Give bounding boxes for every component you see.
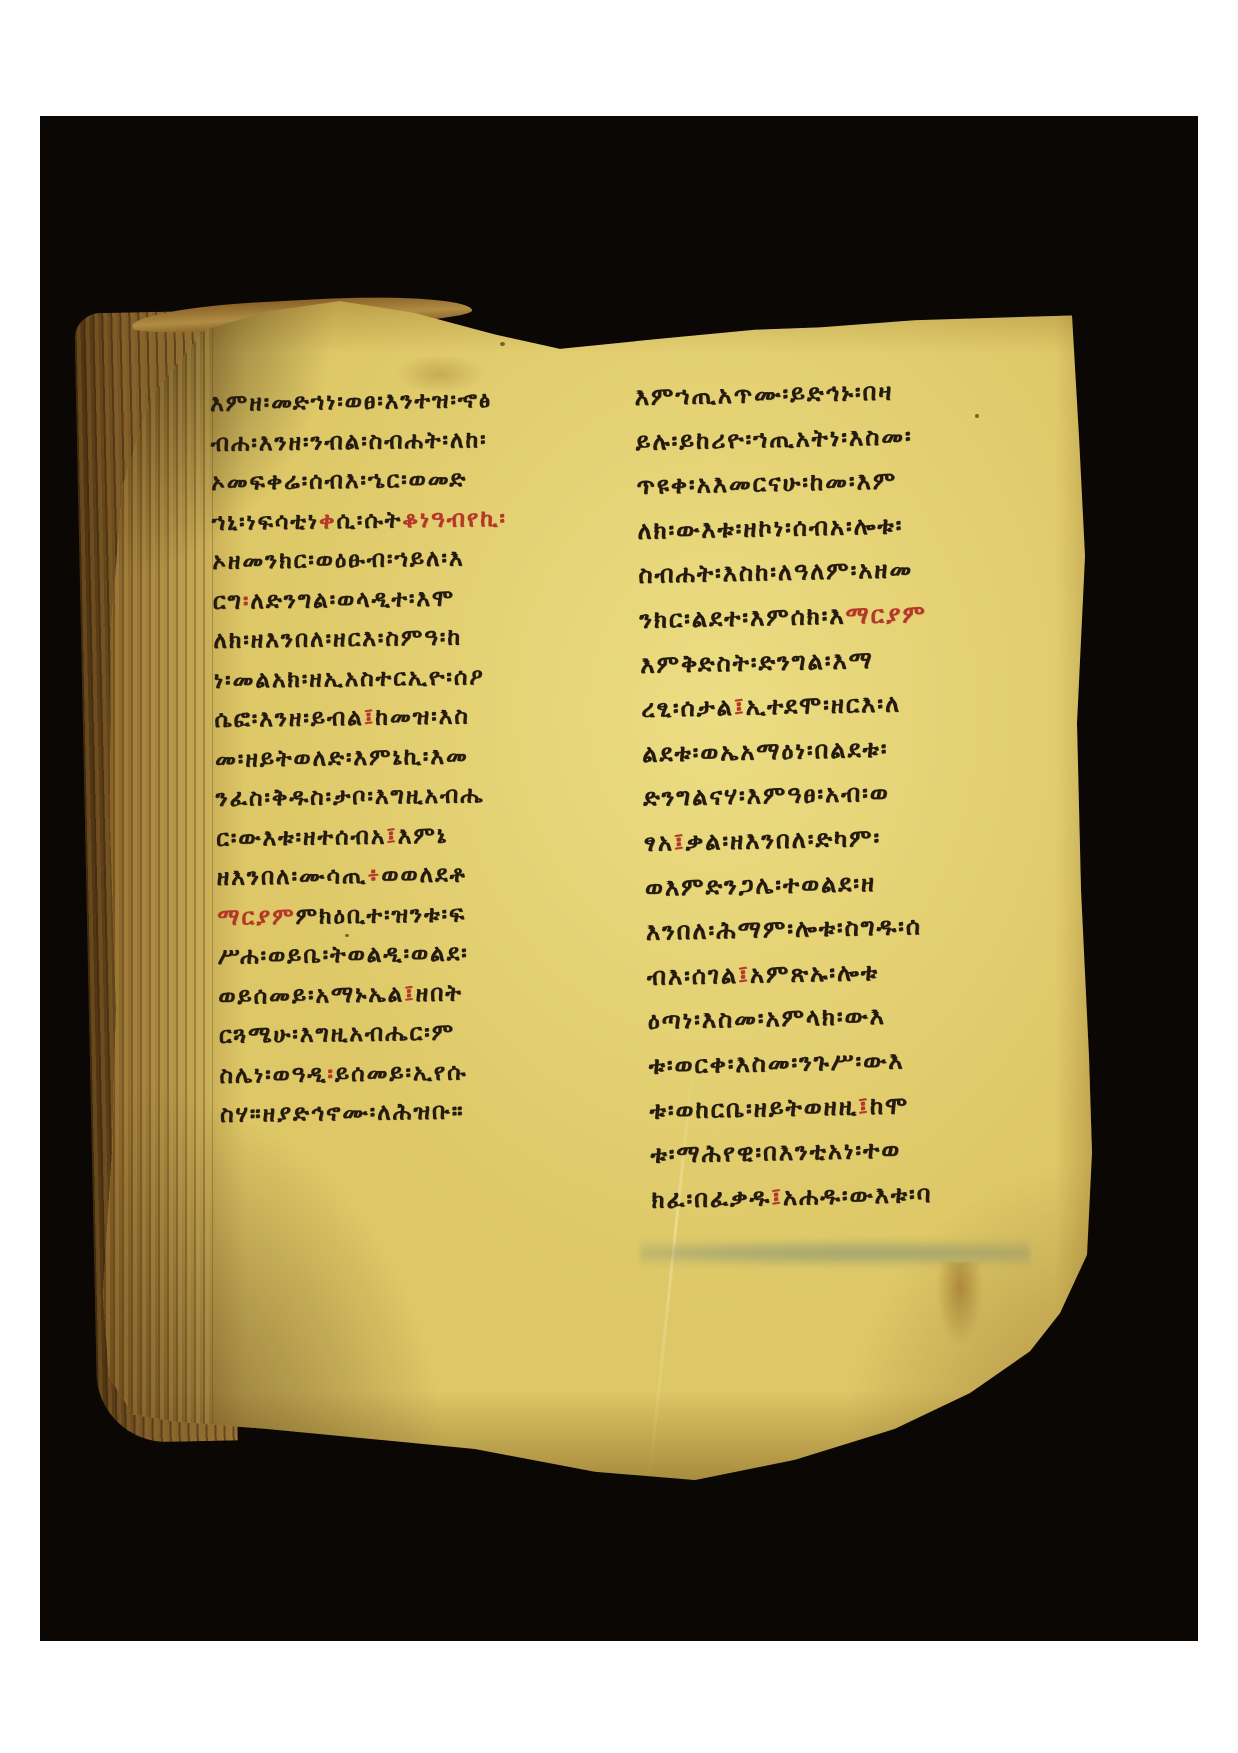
text-line: ሴፎ፡እንዘ፡ይብል፤ከመዝ፡እስ <box>214 695 625 740</box>
ink-text-segment: ስሌነ፡ወዓዲ <box>219 1061 327 1089</box>
ink-text-segment: ጥዩቀ፡አእመርናሁ፡ከመ፡እም <box>636 467 897 500</box>
ink-text-segment: ረፂ፡ሰታል <box>641 693 734 723</box>
ink-text-segment: ኢተደሞ፡ዘርእ፡ለ <box>745 690 901 721</box>
ink-text-segment: አምጽኡ፡ሎቱ <box>750 958 880 989</box>
ink-text-segment: ወይሰመይ፡አማኑኤል <box>218 981 404 1010</box>
scan-surround: እምዘ፡መድኀነ፡ወፀ፡እንተዝ፡ኆፅብሐ፡እንዘ፡ንብል፡ስብሐት፡ለከ፡ኦመ… <box>0 0 1238 1753</box>
ink-text-segment: እምኔ <box>397 822 448 849</box>
ink-text-segment: ወወለደቶ <box>381 861 467 888</box>
ink-text-segment: ፃአ <box>644 828 674 857</box>
text-line: እምዘ፡መድኀነ፡ወፀ፡እንተዝ፡ኆፅ <box>210 379 621 424</box>
ink-text-segment: ለክ፡ዘእንበለ፡ዘርእ፡ስምዓ፡ከ <box>213 624 462 653</box>
rubric-text-segment: ፤ <box>386 823 398 849</box>
ink-text-segment: አሐዱ፡ውእቱ፡ባ <box>783 1180 933 1211</box>
ink-text-segment: ወእምድንጋሌ፡ተወልደ፡ዘ <box>645 869 877 902</box>
ink-text-segment: ዕጣነ፡እስመ፡አምላክ፡ውእ <box>647 1002 886 1035</box>
text-line: ስሌነ፡ወዓዲ፡ይሰመይ፡ኢየሱ <box>219 1051 630 1096</box>
text-line: ኦመፍቀሬ፡ሰብእ፡ኄር፡ወመድ <box>211 458 622 503</box>
text-line: ብሐ፡እንዘ፡ንብል፡ስብሐት፡ለከ፡ <box>210 419 621 464</box>
ink-text-segment: ቱ፡ወርቀ፡እስመ፡ንጉሥ፡ውእ <box>648 1046 904 1079</box>
ink-text-segment: ድንግልናሃ፡እምዓፀ፡አብ፡ወ <box>643 779 890 812</box>
ink-text-segment: ቃል፡ዘእንበለ፡ድካም፡ <box>685 824 881 856</box>
text-line: ንፈስ፡ቅዱስ፡ታቦ፡እግዚአብሔ <box>215 774 626 819</box>
ink-text-segment: እንበለ፡ሕማም፡ሎቱ፡ስግዱ፡ሰ <box>646 912 923 946</box>
ink-text-segment: ከሞ <box>869 1091 909 1120</box>
rubric-text-segment: ፤ <box>738 960 750 988</box>
ink-text-segment: ስብሐት፡እስከ፡ለዓለም፡አዘመ <box>638 556 913 590</box>
rubric-text-segment: ፤ <box>858 1092 870 1120</box>
ink-stain <box>937 1262 983 1346</box>
ink-text-segment: ይሉ፡ይከሪዮ፡ኀጢአትነ፡እስመ፡ <box>635 422 913 456</box>
ink-text-segment: እምቅድስት፡ድንግል፡እማ <box>640 646 874 679</box>
text-line: ሥሐ፡ወይቤ፡ትወልዲ፡ወልደ፡ <box>218 932 629 977</box>
ink-text-segment: ምክዕቢተ፡ዝንቱ፡ፍ <box>295 901 466 929</box>
ink-text-segment: ስሃ።ዘያድኅኖሙ፡ለሕዝቡ። <box>220 1098 465 1127</box>
ink-text-segment: ር፡ውእቱ፡ዘተሰብአ <box>216 823 386 851</box>
ink-text-segment: ነ፡መልአክ፡ዘኢአስተርኢዮ፡ሰዖ <box>214 664 485 694</box>
ink-text-segment: ሴፎ፡እንዘ፡ይብል <box>214 705 364 733</box>
ink-text-segment: ዘእንበለ፡ሙሳጢ <box>216 863 367 891</box>
ink-text-segment: ሥሐ፡ወይቤ፡ትወልዲ፡ወልደ፡ <box>218 940 469 969</box>
text-column-right: እምኀጢአጥሙ፡ይድኅኑ፡በዛይሉ፡ይከሪዮ፡ኀጢአትነ፡እስመ፡ጥዩቀ፡አእመ… <box>634 365 1114 1222</box>
text-line: ክፈ፡በፈቃዱ፤አሐዱ፡ውእቱ፡ባ <box>651 1168 1114 1222</box>
text-line: ዘእንበለ፡ሙሳጢ፥ወወለደቶ <box>216 853 627 898</box>
ink-text-segment: ርግ <box>213 588 243 614</box>
text-column-left: እምዘ፡መድኀነ፡ወፀ፡እንተዝ፡ኆፅብሐ፡እንዘ፡ንብል፡ስብሐት፡ለከ፡ኦመ… <box>210 379 630 1135</box>
ink-text-segment: ንፈስ፡ቅዱስ፡ታቦ፡እግዚአብሔ <box>215 782 484 812</box>
text-line: መ፡ዘይትወለድ፡እምኔኪ፡እመ <box>215 735 626 780</box>
faded-text-remnant <box>640 1238 1030 1268</box>
ink-text-segment: ሲ፡ሱት <box>336 507 402 534</box>
ink-text-segment: ኦመፍቀሬ፡ሰብእ፡ኄር፡ወመድ <box>211 466 467 496</box>
ink-text-segment: ዘበት <box>415 980 463 1007</box>
ink-text-segment: ኀኒ፡ነፍሳቲነ <box>212 508 320 535</box>
ink-text-segment: ንክር፡ልደተ፡እምሰክ፡እ <box>639 602 846 634</box>
text-line: ርግ፡ለድንግል፡ወላዲተ፡እሞ <box>213 577 624 622</box>
text-line: ኀኒ፡ነፍሳቲነቀሲ፡ሱትቆነዓብየኪ፡ <box>211 498 622 543</box>
rubric-text-segment: ቀ <box>319 508 337 534</box>
text-line: ነ፡መልአክ፡ዘኢአስተርኢዮ፡ሰዖ <box>214 656 625 701</box>
text-line: ኦዘመንክር፡ወዕፁብ፡ኀይለ፡እ <box>212 537 623 582</box>
ink-text-segment: ይሰመይ፡ኢየሱ <box>335 1059 468 1087</box>
speck <box>500 342 505 346</box>
rubric-text-segment: ፤ <box>673 828 685 856</box>
ink-text-segment: ኦዘመንክር፡ወዕፁብ፡ኀይለ፡እ <box>212 545 465 575</box>
ink-text-segment: ለክ፡ውእቱ፡ዘኮነ፡ሰብአ፡ሎቱ፡ <box>637 511 903 545</box>
ink-text-segment: ከመዝ፡እስ <box>375 703 470 730</box>
rubric-text-segment: ፥ <box>367 863 381 889</box>
ink-text-segment: እምዘ፡መድኀነ፡ወፀ፡እንተዝ፡ኆፅ <box>210 387 492 417</box>
text-line: ለክ፡ዘእንበለ፡ዘርእ፡ስምዓ፡ከ <box>213 616 624 661</box>
ink-text-segment: ቱ፡ወከርቤ፡ዘይትወዘዚ <box>649 1092 858 1124</box>
manuscript-leaf: እምዘ፡መድኀነ፡ወፀ፡እንተዝ፡ኆፅብሐ፡እንዘ፡ንብል፡ስብሐት፡ለከ፡ኦመ… <box>95 294 1095 1486</box>
text-line: ማርያምምክዕቢተ፡ዝንቱ፡ፍ <box>217 893 628 938</box>
manuscript-photo: እምዘ፡መድኀነ፡ወፀ፡እንተዝ፡ኆፅብሐ፡እንዘ፡ንብል፡ስብሐት፡ለከ፡ኦመ… <box>40 116 1198 1641</box>
ink-text-segment: ቱ፡ማሕየዊ፡በእንቲአነ፡ተወ <box>650 1136 901 1169</box>
rubric-text-segment: ማርያም <box>217 903 296 930</box>
text-line: ስሃ።ዘያድኅኖሙ፡ለሕዝቡ። <box>220 1090 631 1135</box>
rubric-text-segment: ፤ <box>364 705 376 731</box>
ink-text-segment: ክፈ፡በፈቃዱ <box>651 1183 771 1213</box>
text-line: ወይሰመይ፡አማኑኤል፤ዘበት <box>218 972 629 1017</box>
rubric-text-segment: ፤ <box>404 981 416 1007</box>
ink-text-segment: ርጓሜሁ፡እግዚአብሔር፡ም <box>219 1020 456 1049</box>
ink-text-segment: ልደቱ፡ወኤአማዕነ፡በልደቱ፡ <box>642 734 889 767</box>
text-line: ር፡ውእቱ፡ዘተሰብአ፤እምኔ <box>216 814 627 859</box>
rubric-text-segment: ቆነዓብየኪ፡ <box>402 505 507 532</box>
ink-text-segment: መ፡ዘይትወለድ፡እምኔኪ፡እመ <box>215 743 469 773</box>
ink-text-segment: እምኀጢአጥሙ፡ይድኅኑ፡በዛ <box>634 378 893 411</box>
text-line: ርጓሜሁ፡እግዚአብሔር፡ም <box>219 1011 630 1056</box>
ink-text-segment: ለድንግል፡ወላዲተ፡እሞ <box>250 585 455 614</box>
ink-text-segment: ብሐ፡እንዘ፡ንብል፡ስብሐት፡ለከ፡ <box>210 427 487 457</box>
rubric-text-segment: ማርያም <box>845 600 927 630</box>
ink-text-segment: ብእ፡ሰገል <box>646 961 738 991</box>
